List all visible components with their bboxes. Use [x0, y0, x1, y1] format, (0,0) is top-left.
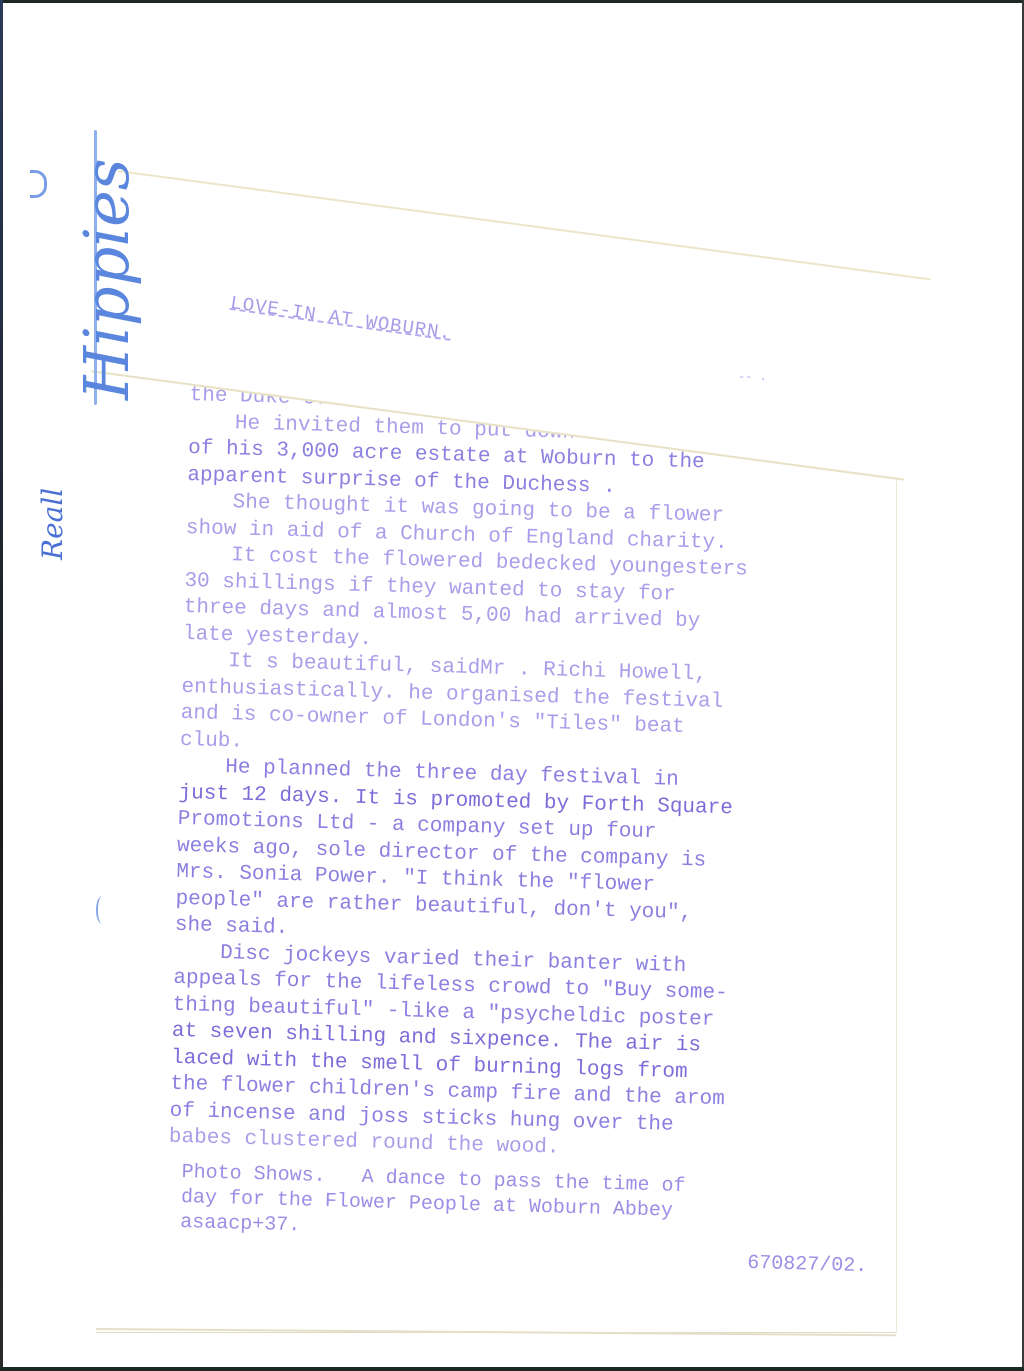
- scan-border-left: [0, 0, 3, 1371]
- handwritten-note: Reall: [36, 488, 69, 560]
- handwritten-subject: Hippies: [70, 158, 143, 400]
- scan-border-top: [0, 0, 1024, 3]
- handwritten-annotation: Hippies Reall: [10, 130, 120, 570]
- ink-smudge: -- .: [738, 370, 767, 384]
- scan-border-bottom: [0, 1367, 1024, 1371]
- pen-mark-icon: [96, 896, 108, 924]
- handwritten-mark-icon: [30, 170, 47, 198]
- photo-caption: Photo Shows. A dance to pass the time of…: [179, 1160, 882, 1280]
- article-body: the Duke of Bedford.He invited them to p…: [169, 383, 910, 1171]
